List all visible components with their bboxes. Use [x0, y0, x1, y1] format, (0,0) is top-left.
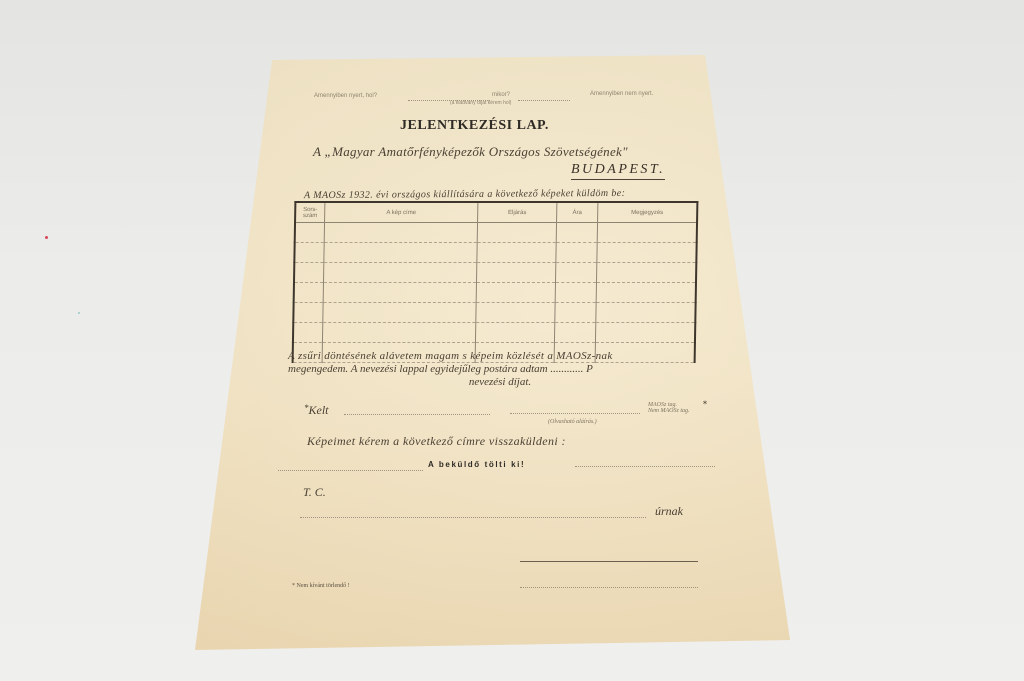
consent-line-1: A zsűri döntésének alávetem magam s képe…	[288, 350, 712, 363]
cell[interactable]	[556, 243, 597, 263]
cell[interactable]	[324, 243, 477, 263]
signature-field[interactable]	[510, 413, 640, 414]
table-row	[295, 223, 697, 243]
cell[interactable]	[323, 283, 476, 303]
top-line-right: Amennyiben nem nyert.	[590, 91, 653, 97]
cell[interactable]	[555, 303, 596, 323]
cell[interactable]	[322, 323, 475, 343]
col-header-title: A kép címe	[325, 202, 478, 223]
consent-paragraph: A zsűri döntésének alávetem magam s képe…	[288, 350, 712, 389]
sender-fills-note: A beküldő tölti ki!	[428, 460, 525, 469]
col-header-number: Sors-szám	[295, 202, 325, 223]
cell[interactable]	[556, 223, 597, 243]
cell[interactable]	[555, 283, 596, 303]
table-row	[294, 283, 696, 303]
table-row	[293, 323, 695, 343]
cell[interactable]	[295, 223, 325, 243]
city-heading: BUDAPEST.	[571, 162, 665, 180]
top-line-middle: mikor?	[492, 92, 510, 98]
table-header-row: Sors-szám A kép címe Eljárás Ára Megjegy…	[295, 202, 697, 223]
return-line-left[interactable]	[278, 470, 423, 471]
top-line-blank-2[interactable]	[518, 100, 570, 101]
cell[interactable]	[294, 243, 324, 263]
table-row	[294, 243, 696, 263]
cell[interactable]	[596, 263, 696, 283]
cell[interactable]	[294, 283, 324, 303]
top-line-left: Amennyiben nyert, hol?	[314, 93, 377, 99]
cell[interactable]	[554, 323, 595, 343]
form-title: JELENTKEZÉSI LAP.	[400, 118, 549, 134]
cell[interactable]	[323, 263, 476, 283]
cell[interactable]	[555, 263, 596, 283]
address-line-2[interactable]	[520, 587, 698, 588]
col-header-remarks: Megjegyzés	[598, 202, 698, 223]
cell[interactable]	[477, 223, 556, 243]
cell[interactable]	[596, 303, 696, 323]
cell[interactable]	[294, 263, 324, 283]
cell[interactable]	[597, 243, 697, 263]
col-header-process: Eljárás	[478, 202, 557, 223]
kelt-date-field[interactable]	[344, 414, 490, 415]
cell[interactable]	[323, 303, 476, 323]
surface-speck	[78, 312, 80, 314]
signature-caption: (Olvasható aláírás.)	[548, 419, 597, 425]
top-line-middle-note: (a kiadvány díjat kérem hol)	[450, 100, 511, 106]
membership-asterisk: *	[703, 400, 707, 409]
cell[interactable]	[476, 303, 555, 323]
membership-option-nonmember[interactable]: Nem MAOSz tag.	[648, 408, 690, 414]
intro-line: A MAOSz 1932. évi országos kiállítására …	[304, 188, 625, 201]
kelt-label: *Kelt	[304, 403, 329, 418]
addressee-line: A „Magyar Amatőrfényképezők Országos Szö…	[313, 144, 628, 160]
col-header-price: Ára	[557, 202, 598, 223]
urnak-label: úrnak	[655, 504, 683, 519]
cell[interactable]	[476, 263, 555, 283]
address-line-1[interactable]	[520, 561, 698, 562]
tc-label: T. C.	[303, 485, 326, 500]
cell[interactable]	[476, 283, 555, 303]
membership-options[interactable]: MAOSz tag. Nem MAOSz tag.	[648, 402, 690, 414]
consent-line-2: megengedem. A nevezési lappal egyidejűle…	[288, 363, 712, 376]
cell[interactable]	[595, 323, 695, 343]
table-row	[293, 303, 695, 323]
cell[interactable]	[324, 223, 477, 243]
cell[interactable]	[293, 303, 323, 323]
cell[interactable]	[477, 243, 556, 263]
return-line-right[interactable]	[575, 466, 715, 467]
consent-line-3: nevezési díjat.	[288, 376, 712, 389]
cell[interactable]	[475, 323, 554, 343]
cell[interactable]	[597, 223, 697, 243]
recipient-name-field[interactable]	[300, 517, 646, 518]
return-request: Képeimet kérem a következő címre visszak…	[307, 434, 566, 449]
cell[interactable]	[293, 323, 323, 343]
surface-speck	[45, 236, 48, 239]
table-row	[294, 263, 696, 283]
cell[interactable]	[596, 283, 696, 303]
entries-table: Sors-szám A kép címe Eljárás Ára Megjegy…	[292, 201, 699, 363]
footnote: * Nem kívánt törlendő !	[292, 583, 350, 589]
